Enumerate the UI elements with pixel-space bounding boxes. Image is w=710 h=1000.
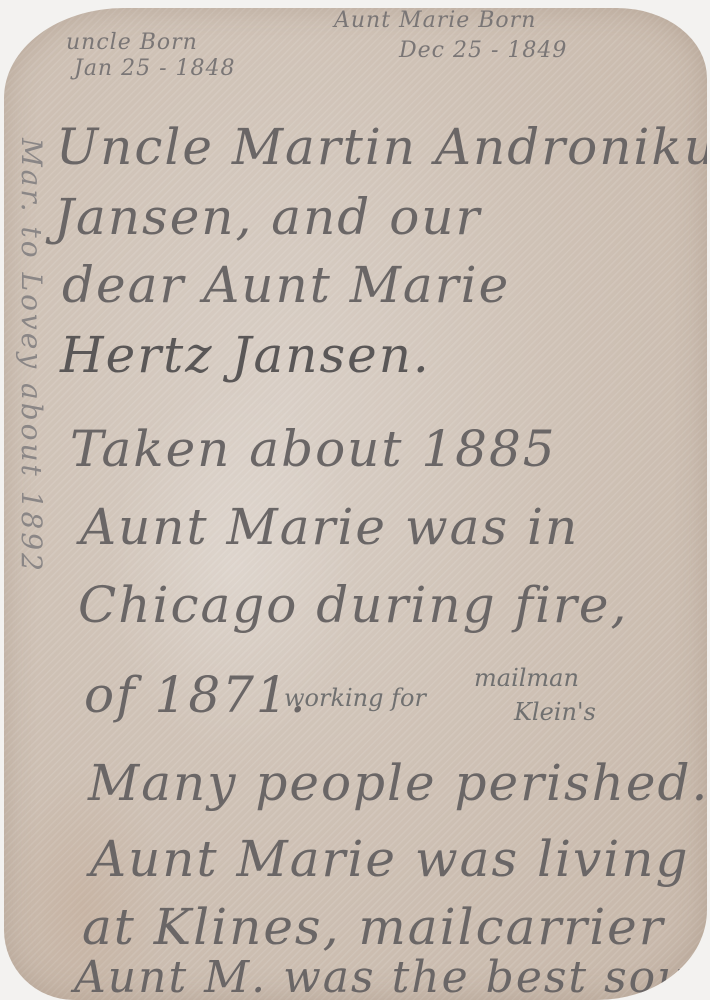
body-line-1: Uncle Martin Andronikus bbox=[56, 118, 707, 176]
body-line-10: Aunt Marie was living bbox=[90, 830, 689, 888]
inline-insert-text: working for bbox=[284, 684, 426, 712]
body-line-6: Aunt Marie was in bbox=[80, 498, 579, 556]
body-line-5: Taken about 1885 bbox=[70, 420, 557, 478]
aunt-born-label: Aunt Marie Born bbox=[334, 8, 536, 33]
inline-insert-superscript: mailman bbox=[474, 664, 579, 692]
body-line-7: Chicago during fire, bbox=[78, 576, 628, 634]
body-line-9: Many people perished. bbox=[88, 754, 707, 812]
inline-insert-subscript: Klein's bbox=[514, 698, 596, 726]
uncle-born-date: Jan 25 - 1848 bbox=[74, 56, 236, 81]
body-line-4: Hertz Jansen. bbox=[60, 326, 431, 384]
body-line-2: Jansen, and our bbox=[54, 188, 481, 246]
body-line-11: at Klines, mailcarrier bbox=[82, 898, 665, 956]
body-line-3: dear Aunt Marie bbox=[62, 256, 510, 314]
body-line-8: of 1871. bbox=[84, 666, 308, 724]
aunt-born-date: Dec 25 - 1849 bbox=[399, 38, 567, 63]
body-line-12: Aunt M. was the best soul bbox=[74, 952, 704, 1000]
photo-card-back: uncle Born Jan 25 - 1848 Aunt Marie Born… bbox=[4, 8, 707, 1000]
margin-note-vertical: Mar. to Lovey about 1892 bbox=[15, 138, 48, 574]
uncle-born-label: uncle Born bbox=[66, 30, 198, 55]
